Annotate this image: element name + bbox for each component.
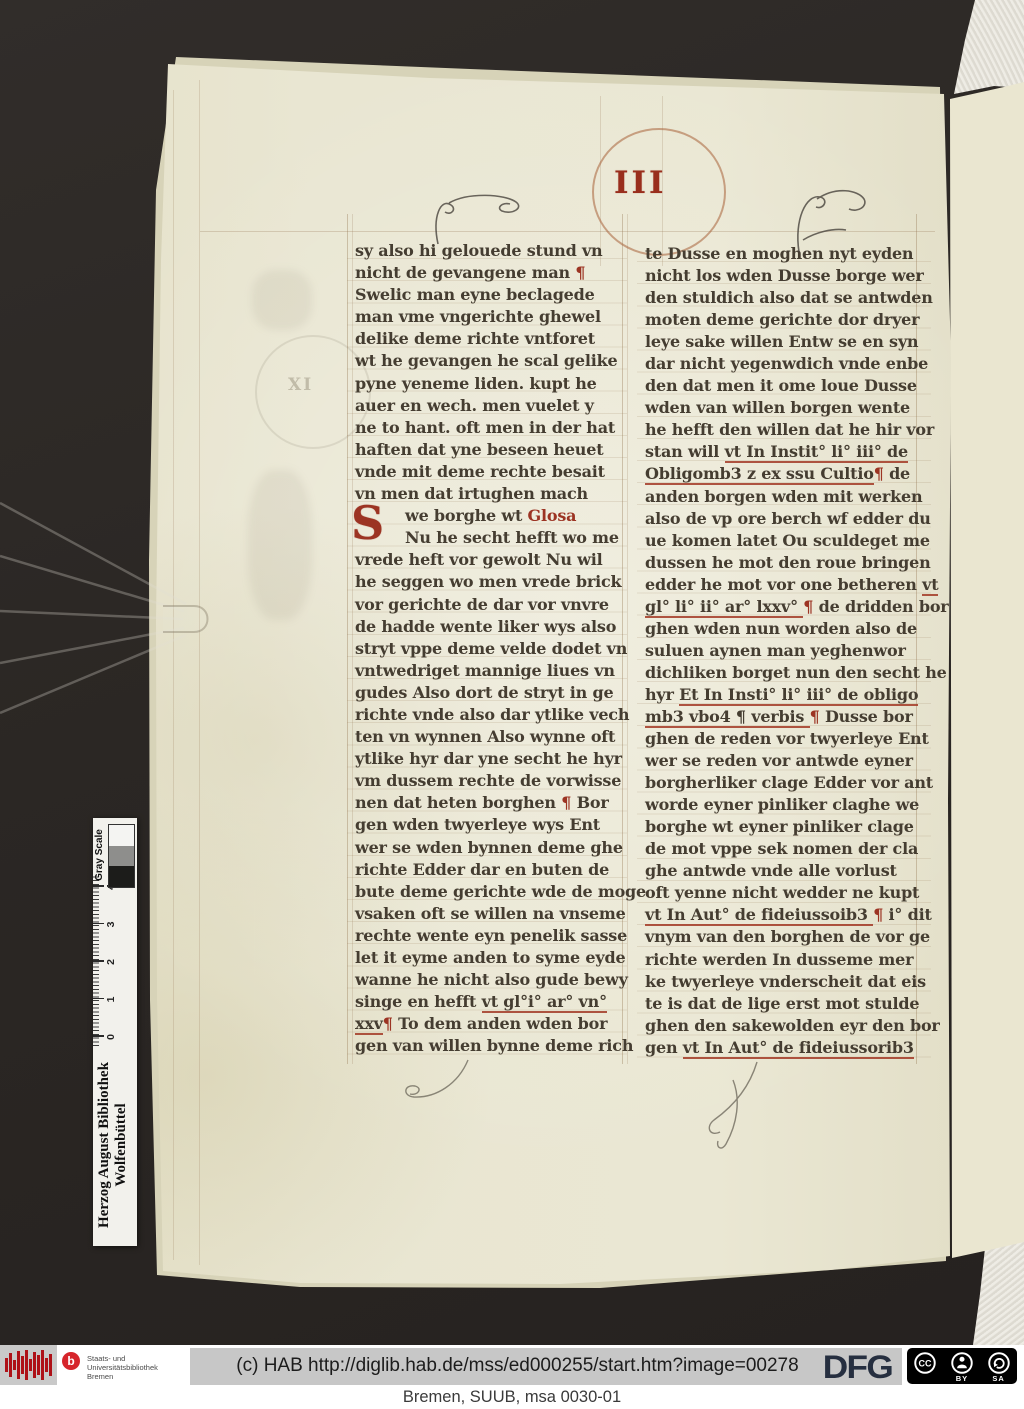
ink-text: den stuldich also dat se antwden [645,288,933,307]
ink-text: he hefft den willen dat he hir vor [645,420,934,439]
manuscript-line: de mot vppe sek nomen der cla [645,838,923,860]
manuscript-line: de hadde wente liker wys also [355,616,619,638]
ink-text: ghen den sakewolden eyr den bor [645,1016,940,1035]
shelfmark-caption: Bremen, SUUB, msa 0030-01 [0,1388,1024,1407]
grayscale-card: Herzog August Bibliothek Wolfenbüttel 01… [93,818,137,1246]
ink-text: delike deme richte vntforet [355,329,595,348]
ink-text: To dem anden wden bor [393,1014,608,1033]
ink-text: Dusse bor [820,707,913,726]
grayscale-patch [109,826,134,847]
ink-text: richte Edder dar en buten de [355,860,609,879]
manuscript-line: rechte wente eyn penelik sasse [355,925,619,947]
manuscript-line: vm dussem rechte de vorwisse [355,770,619,792]
copyright-bar: (c) HAB http://diglib.hab.de/mss/ed00025… [190,1348,902,1385]
manuscript-line: stan will vt In Instit° li° iii° de [645,441,923,463]
ruler-major-tick [93,1035,104,1037]
verso-showthrough-numeral: XI [288,375,313,395]
ink-text: ue komen latet Ou sculdeget me [645,531,930,550]
rubric-text: ¶ [873,905,883,924]
rubric-text: ¶ [810,707,820,726]
ink-text: haften dat yne beseen heuet [355,440,603,459]
manuscript-line: den stuldich also dat se antwden [645,287,923,309]
ink-text: den dat men it ome loue Dusse [645,376,917,395]
lombard-initial: S [351,500,384,546]
ink-text: Nu he secht hefft wo me [405,528,619,547]
ink-text: vnde mit deme rechte besait [355,462,605,481]
ink-text: dichliken borget nun den secht he [645,663,947,682]
grayscale-patch [109,867,134,888]
ruler-major-tick [93,998,104,1000]
grayscale-patches [108,825,135,889]
ink-text: vsaken oft se willen na vnseme [355,904,626,923]
ink-text: auer en wech. men vuelet y [355,396,594,415]
manuscript-line: oft yenne nicht wedder ne kupt [645,882,923,904]
ink-text: gen wden twyerleye wys Ent [355,815,600,834]
cc-sa-arrow-icon [987,1351,1011,1375]
manuscript-line: mb3 vbo4 ¶ verbis ¶ Dusse bor [645,706,923,728]
ink-text: Bor [571,793,608,812]
ink-text: oft yenne nicht wedder ne kupt [645,883,919,902]
manuscript-line: auer en wech. men vuelet y [355,395,619,417]
ruler-number: 3 [105,917,117,933]
library-name: Herzog August Bibliothek [96,1044,113,1246]
manuscript-line: pyne yeneme liden. kupt he [355,373,619,395]
ink-text: borghe wt eyner pinliker clage [645,817,914,836]
copyright-text: (c) HAB http://diglib.hab.de/mss/ed00025… [190,1355,845,1377]
manuscript-line: dichliken borget nun den secht he [645,662,923,684]
manuscript-line: worde eyner pinliker claghe we [645,794,923,816]
manuscript-line: wer se reden vor antwde eyner [645,750,923,772]
rubric-text: ¶ [575,263,585,282]
manuscript-line: suluen aynen man yeghenwor [645,640,923,662]
margin-ruling-line [199,80,200,1265]
ink-text: stryt vppe deme velde dodet vn [355,639,627,658]
suub-library-name: Staats- und Universitätsbibliothek Breme… [87,1354,158,1381]
ink-text: Swelic man eyne beclagede [355,285,595,304]
rubric-text: Glosa [528,506,577,525]
suub-barcode-logo-icon [0,1345,57,1385]
manuscript-line: te Dusse en moghen nyt eyden [645,243,923,265]
ink-text: singe en hefft [355,992,482,1011]
manuscript-line: vnde mit deme rechte besait [355,461,619,483]
ink-text: ytlike hyr dar yne secht he hyr [355,749,622,768]
ink-text: ten vn wynnen Also wynne oft [355,727,615,746]
ink-text: vor gerichte de dar vor vnvre [355,595,609,614]
ink-text: ne to hant. oft men in der hat [355,418,615,437]
ink-text: wden van willen borgen wente [645,398,910,417]
ink-text: ghe antwde vnde alle vorlust [645,861,897,880]
cc-icon: CC [913,1351,937,1375]
manuscript-line: vrede heft vor gewolt Nu wil [355,549,619,571]
ink-text: vm dussem rechte de vorwisse [355,771,621,790]
manuscript-line: wer se wden bynnen deme ghe [355,837,619,859]
ink-text: wer se reden vor antwde eyner [645,751,913,770]
dfg-logo: DFG [823,1349,892,1386]
text-column-left: sy also hi gelouede stund vnnicht de gev… [355,240,619,1057]
manuscript-line: nicht los wden Dusse borge wer [645,265,923,287]
citation-text: Et In Insti° li° iii° de obligo [679,685,918,706]
ink-text: he seggen wo men vrede brick [355,572,621,591]
ink-text: stan will [645,442,725,461]
manuscript-line: gl° li° ii° ar° lxxv° ¶ de dridden bor [645,596,923,618]
ruler-number: 2 [105,954,117,970]
ruler-major-tick [93,923,104,925]
cc-sa-label: SA [992,1375,1004,1383]
manuscript-line: let it eyme anden to syme eyde [355,947,619,969]
manuscript-line: richte vnde also dar ytlike vech [355,704,619,726]
ink-text: anden borgen wden mit werken [645,487,922,506]
rubric-text: ¶ [561,793,571,812]
manuscript-line: he hefft den willen dat he hir vor [645,419,923,441]
manuscript-line: vor gerichte de dar vor vnvre [355,594,619,616]
manuscript-line: leye sake willen Entw se en syn [645,331,923,353]
ink-text: moten deme gerichte dor dryer [645,310,919,329]
ink-text: suluen aynen man yeghenwor [645,641,906,660]
manuscript-line: ue komen latet Ou sculdeget me [645,530,923,552]
manuscript-line: te is dat de lige erst mot stulde [645,993,923,1015]
ruler-number: 0 [105,1029,117,1045]
ink-text: worde eyner pinliker claghe we [645,795,919,814]
manuscript-line: we borghe wt Glosa [355,505,619,527]
ink-text: dar nicht yegenwdich vnde enbe [645,354,928,373]
ink-text: let it eyme anden to syme eyde [355,948,625,967]
manuscript-line: man vme vngerichte ghewel [355,306,619,328]
ink-text: wer se wden bynnen deme ghe [355,838,623,857]
ink-text: te is dat de lige erst mot stulde [645,994,919,1013]
citation-text: vt [922,575,938,596]
manuscript-line: Obligomb3 z ex ssu Cultio¶ de [645,463,923,485]
ink-text: hyr [645,685,679,704]
ruler-number: 1 [105,992,117,1008]
ink-text: vrede heft vor gewolt Nu wil [355,550,602,569]
manuscript-line: richte Edder dar en buten de [355,859,619,881]
manuscript-line: wt he gevangen he scal gelike [355,350,619,372]
manuscript-line: also de vp ore berch wf edder du [645,508,923,530]
ink-text: nicht de gevangene man [355,263,575,282]
ink-text: gudes Also dort de stryt in ge [355,683,613,702]
ink-text: leye sake willen Entw se en syn [645,332,918,351]
manuscript-line: Swelic man eyne beclagede [355,284,619,306]
ink-text: wt he gevangen he scal gelike [355,351,618,370]
suub-line: Staats- und [87,1354,158,1363]
ink-text: gen van willen bynne deme rich [355,1036,633,1055]
manuscript-line: ghen de reden vor twyerleye Ent [645,728,923,750]
ink-text: de hadde wente liker wys also [355,617,616,636]
ink-text: pyne yeneme liden. kupt he [355,374,597,393]
citation-text: vt gl°i° ar° vn° [482,992,607,1013]
ink-text: vnym van den borghen de vor ge [645,927,930,946]
manuscript-line: delike deme richte vntforet [355,328,619,350]
ink-text: rechte wente eyn penelik sasse [355,926,627,945]
manuscript-line: vn men dat irtughen mach [355,483,619,505]
citation-text: Obligomb3 z ex ssu Cultio [645,464,874,485]
manuscript-line: ghe antwde vnde alle vorlust [645,860,923,882]
ink-text: vn men dat irtughen mach [355,484,588,503]
footer-bar: b Staats- und Universitätsbibliothek Bre… [0,1345,1024,1409]
ink-text: ke twyerleye vnderscheit dat eis [645,972,926,991]
manuscript-line: sy also hi gelouede stund vn [355,240,619,262]
library-label: Herzog August Bibliothek Wolfenbüttel [96,1044,130,1246]
manuscript-line: vt In Aut° de fideiussoib3 ¶ i° dit [645,904,923,926]
manuscript-line: anden borgen wden mit werken [645,486,923,508]
manuscript-line: singe en hefft vt gl°i° ar° vn° [355,991,619,1013]
ink-text: borgherliker clage Edder vor ant [645,773,933,792]
manuscript-line: ten vn wynnen Also wynne oft [355,726,619,748]
manuscript-line: dar nicht yegenwdich vnde enbe [645,353,923,375]
manuscript-line: gen van willen bynne deme rich [355,1035,619,1057]
manuscript-line: dussen he mot den roue bringen [645,552,923,574]
manuscript-line: ke twyerleye vnderscheit dat eis [645,971,923,993]
ruler-major-tick [93,960,104,962]
manuscript-line: wden van willen borgen wente [645,397,923,419]
text-column-right: te Dusse en moghen nyt eydennicht los wd… [645,243,923,1059]
folio-number: III [614,165,667,201]
cc-by-person-icon [950,1351,974,1375]
verso-showthrough-smudge [248,470,312,620]
ink-text: sy also hi gelouede stund vn [355,241,602,260]
suub-b-logo-icon: b [62,1352,80,1370]
ink-text: de dridden bor [813,597,948,616]
grayscale-patch [109,846,134,867]
ink-text: dussen he mot den roue bringen [645,553,931,572]
ink-text: te Dusse en moghen nyt eyden [645,244,913,263]
manuscript-line: gen vt In Aut° de fideiussorib3 [645,1037,923,1059]
ink-text: vntwedriget mannige liues vn [355,661,615,680]
citation-text: mb3 vbo4 ¶ verbis [645,707,810,728]
ink-text: nicht los wden Dusse borge wer [645,266,924,285]
svg-text:CC: CC [919,1358,932,1368]
ink-text: edder he mot vor one betheren [645,575,922,594]
manuscript-line: gen wden twyerleye wys Ent [355,814,619,836]
ink-text: we borghe wt [405,506,528,525]
manuscript-line: ghen den sakewolden eyr den bor [645,1015,923,1037]
verso-showthrough-smudge [252,270,312,330]
grayscale-ruler: 01234 [93,874,137,1046]
manuscript-line: Nu he secht hefft wo me [355,527,619,549]
citation-text: vt In Aut° de fideiussorib3 [683,1038,914,1059]
grayscale-patch-block: Gray Scale [93,820,137,890]
ink-text: wanne he nicht also gude bewy [355,970,628,989]
ink-text: also de vp ore berch wf edder du [645,509,931,528]
suub-line: Bremen [87,1372,158,1381]
manuscript-line: nicht de gevangene man ¶ [355,262,619,284]
manuscript-line: borgherliker clage Edder vor ant [645,772,923,794]
library-city: Wolfenbüttel [113,1044,130,1246]
suub-line: Universitätsbibliothek [87,1363,158,1372]
ink-text: richte vnde also dar ytlike vech [355,705,629,724]
ink-text: man vme vngerichte ghewel [355,307,601,326]
cc-license-badge: CC BY SA [906,1347,1018,1385]
cc-by-label: BY [956,1375,968,1383]
rubric-text: ¶ [803,597,813,616]
ink-text: ghen de reden vor twyerleye Ent [645,729,929,748]
page-edge-crease [173,90,174,1260]
manuscript-line: ne to hant. oft men in der hat [355,417,619,439]
manuscript-line: xxv¶ To dem anden wden bor [355,1013,619,1035]
manuscript-line: bute deme gerichte wde de moge [355,881,619,903]
manuscript-line: vsaken oft se willen na vnseme [355,903,619,925]
ink-text: bute deme gerichte wde de moge [355,882,646,901]
ink-text: gen [645,1038,683,1057]
citation-text: vt In Instit° li° iii° de [725,442,908,463]
citation-text: gl° li° ii° ar° lxxv° [645,597,803,618]
manuscript-line: ytlike hyr dar yne secht he hyr [355,748,619,770]
manuscript-line: hyr Et In Insti° li° iii° de obligo [645,684,923,706]
manuscript-line: nen dat heten borghen ¶ Bor [355,792,619,814]
manuscript-line: vntwedriget mannige liues vn [355,660,619,682]
grayscale-label: Gray Scale [94,812,105,898]
manuscript-line: stryt vppe deme velde dodet vn [355,638,619,660]
ink-text: ghen wden nun worden also de [645,619,917,638]
citation-text: vt In Aut° de fideiussoib3 [645,905,873,926]
manuscript-line: edder he mot vor one betheren vt [645,574,923,596]
manuscript-line: gudes Also dort de stryt in ge [355,682,619,704]
ink-text: de mot vppe sek nomen der cla [645,839,918,858]
ink-text: nen dat heten borghen [355,793,561,812]
manuscript-line: he seggen wo men vrede brick [355,571,619,593]
ink-text: richte werden In dusseme mer [645,950,913,969]
manuscript-line: richte werden In dusseme mer [645,949,923,971]
ink-text: de [884,464,910,483]
top-ruling-line [200,231,935,232]
manuscript-line: vnym van den borghen de vor ge [645,926,923,948]
rubric-text: ¶ [874,464,884,483]
ink-text: i° dit [883,905,931,924]
manuscript-line: ghen wden nun worden also de [645,618,923,640]
citation-text: xxv [355,1014,383,1035]
manuscript-line: den dat men it ome loue Dusse [645,375,923,397]
manuscript-line: moten deme gerichte dor dryer [645,309,923,331]
rubric-text: ¶ [383,1014,393,1033]
manuscript-line: haften dat yne beseen heuet [355,439,619,461]
manuscript-line: wanne he nicht also gude bewy [355,969,619,991]
manuscript-line: borghe wt eyner pinliker clage [645,816,923,838]
